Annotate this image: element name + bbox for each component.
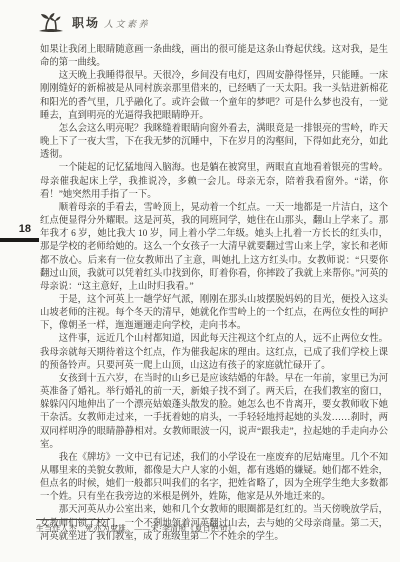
book-page: 职场 人文素养 如果让我闭上眼睛随意画一条曲线，画出的很可能是这条山脊起伏线。这… [0,0,400,562]
paragraph: 如果让我闭上眼睛随意画一条曲线，画出的很可能是这条山脊起伏线。这对我，是生命的第… [40,44,388,70]
page-number: 18 [0,221,40,237]
page-number-bar [0,238,39,242]
article-body: 如果让我闭上眼睛随意画一条曲线，画出的很可能是这条山脊起伏线。这对我，是生命的第… [40,44,388,544]
paragraph: 怎么会这么明亮呢？我眯缝着眼睛向窗外看去，满眼竟是一排银亮的雪岭，昨天晚上下了一… [40,123,388,162]
paragraph: 女孩到十五六岁，在当时的山乡已是应该结婚的年龄。早在一年前，家里已为河英准备了婚… [40,373,388,452]
footnote-rule [36,519,110,520]
paragraph: 这件事，远近几个山村都知道，因此每天注视这个红点的人，远不止两位女性。我母亲就每… [40,333,388,372]
page-header: 职场 人文素养 [36,10,150,34]
brand: 职场 人文素养 [72,14,150,31]
brand-subtitle: 人文素养 [104,17,150,30]
page-footer: 生当作人杰，死亦为鬼雄。——宋·李清照《夏日绝句》 [36,519,360,534]
paragraph: 顺着母亲的手看去，雪岭顶上，晃动着一个红点。一天一地都是一片洁白，这个红点便显得… [40,202,388,294]
footnote-quote: 生当作人杰，死亦为鬼雄。——宋·李清照《夏日绝句》 [36,524,360,534]
paragraph: 我在《牌坊》一文中已有记述，我们的小学设在一座废弃的尼姑庵里。几个不知从哪里来的… [40,452,388,505]
brand-title: 职场 [72,14,100,31]
paragraph: 这天晚上我睡得很早。天很冷，乡间没有电灯，四周安静得怪异，只能睡。一床刚刚缝好的… [40,70,388,123]
page-number-tab: 18 [0,221,40,242]
paragraph: 一个陡起的记忆猛地闯入脑海。也是躺在被窝里，两眼直直地看着银亮的雪岭。母亲催我起… [40,162,388,201]
paragraph: 于是，这个河英上一趟学好气派，刚刚在那头山坡摆脱妈妈的目光，便投入这头山坡老师的… [40,294,388,333]
sprout-logo-icon [36,10,66,34]
